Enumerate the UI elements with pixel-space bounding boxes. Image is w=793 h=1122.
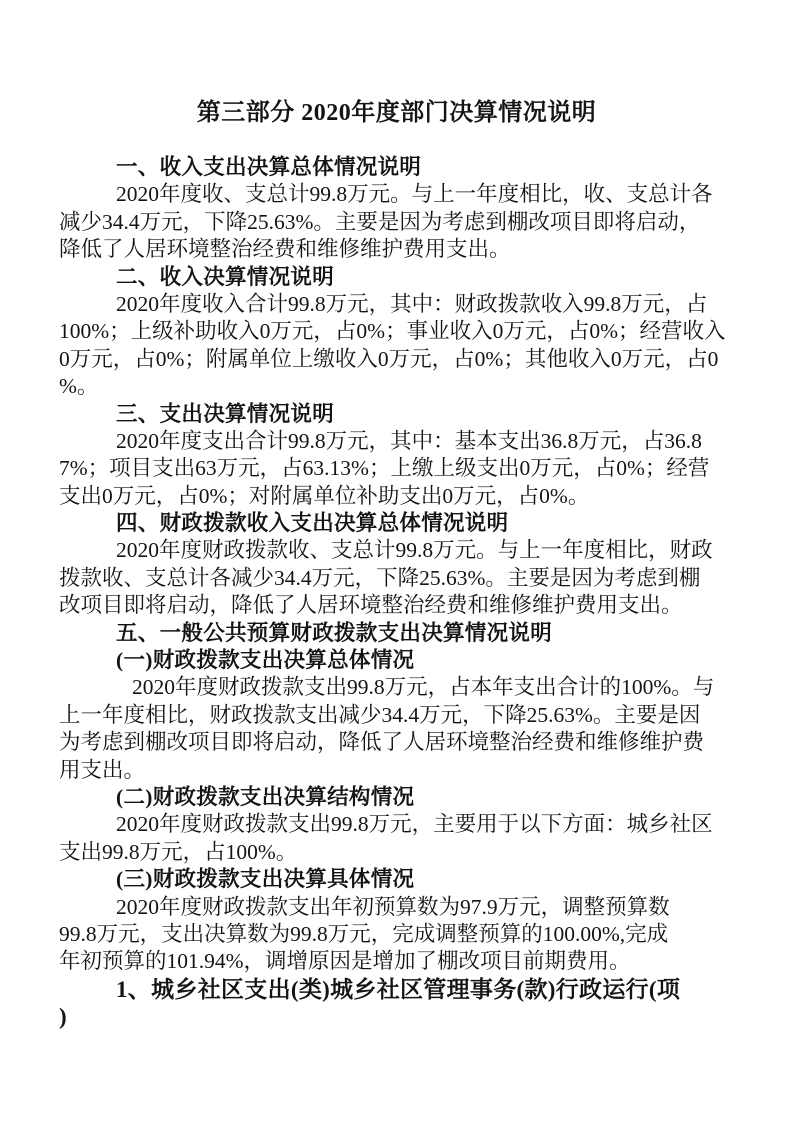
subsection-5-2-line-2: 支出99.8万元，占100%。 xyxy=(59,839,737,866)
document-page: 第三部分 2020年度部门决算情况说明 一、收入支出决算总体情况说明 2020年… xyxy=(0,0,793,1122)
subsection-5-1-line-1: 2020年度财政拨款支出99.8万元，占本年支出合计的100%。与 xyxy=(59,674,737,701)
sub-item-1-line-1: 1、城乡社区支出(类)城乡社区管理事务(款)行政运行(项 xyxy=(59,976,737,1003)
section-2-line-1: 2020年度收入合计99.8万元，其中：财政拨款收入99.8万元，占 xyxy=(59,291,737,318)
section-1-line-2: 减少34.4万元，下降25.63%。主要是因为考虑到棚改项目即将启动， xyxy=(59,209,737,236)
subsection-5-3-line-1: 2020年度财政拨款支出年初预算数为97.9万元，调整预算数 xyxy=(59,894,737,921)
document-title: 第三部分 2020年度部门决算情况说明 xyxy=(0,0,793,129)
subsection-5-3-line-2: 99.8万元，支出决算数为99.8万元，完成调整预算的100.00%,完成 xyxy=(59,921,737,948)
section-2-line-3: 0万元，占0%；附属单位上缴收入0万元，占0%；其他收入0万元，占0 xyxy=(59,346,737,373)
section-5-heading: 五、一般公共预算财政拨款支出决算情况说明 xyxy=(59,620,737,647)
subsection-5-1-line-2: 上一年度相比，财政拨款支出减少34.4万元，下降25.63%。主要是因 xyxy=(59,702,737,729)
subsection-5-2-heading: (二)财政拨款支出决算结构情况 xyxy=(59,784,737,811)
subsection-5-3-heading: (三)财政拨款支出决算具体情况 xyxy=(59,866,737,893)
section-4-line-2: 拨款收、支总计各减少34.4万元，下降25.63%。主要是因为考虑到棚 xyxy=(59,565,737,592)
section-3-line-1: 2020年度支出合计99.8万元，其中：基本支出36.8万元，占36.8 xyxy=(59,428,737,455)
section-1-line-1: 2020年度收、支总计99.8万元。与上一年度相比，收、支总计各 xyxy=(59,181,737,208)
section-2-line-2: 100%；上级补助收入0万元，占0%；事业收入0万元，占0%；经营收入 xyxy=(59,318,737,345)
subsection-5-2-line-1: 2020年度财政拨款支出99.8万元，主要用于以下方面：城乡社区 xyxy=(59,811,737,838)
section-3-line-2: 7%；项目支出63万元，占63.13%；上缴上级支出0万元，占0%；经营 xyxy=(59,455,737,482)
section-1-line-3: 降低了人居环境整治经费和维修维护费用支出。 xyxy=(59,236,737,263)
section-1-heading: 一、收入支出决算总体情况说明 xyxy=(59,154,737,181)
section-4-line-3: 改项目即将启动，降低了人居环境整治经费和维修维护费用支出。 xyxy=(59,592,737,619)
section-4-line-1: 2020年度财政拨款收、支总计99.8万元。与上一年度相比，财政 xyxy=(59,537,737,564)
subsection-5-1-line-3: 为考虑到棚改项目即将启动，降低了人居环境整治经费和维修维护费 xyxy=(59,729,737,756)
subsection-5-3-line-3: 年初预算的101.94%，调增原因是增加了棚改项目前期费用。 xyxy=(59,948,737,975)
sub-item-1-line-2: ) xyxy=(59,1003,737,1030)
section-4-heading: 四、财政拨款收入支出决算总体情况说明 xyxy=(59,510,737,537)
section-2-line-4: %。 xyxy=(59,373,737,400)
subsection-5-1-heading: (一)财政拨款支出决算总体情况 xyxy=(59,647,737,674)
section-2-heading: 二、收入决算情况说明 xyxy=(59,264,737,291)
section-3-heading: 三、支出决算情况说明 xyxy=(59,401,737,428)
subsection-5-1-line-4: 用支出。 xyxy=(59,757,737,784)
document-body: 一、收入支出决算总体情况说明 2020年度收、支总计99.8万元。与上一年度相比… xyxy=(0,154,793,1031)
section-3-line-3: 支出0万元，占0%；对附属单位补助支出0万元，占0%。 xyxy=(59,483,737,510)
